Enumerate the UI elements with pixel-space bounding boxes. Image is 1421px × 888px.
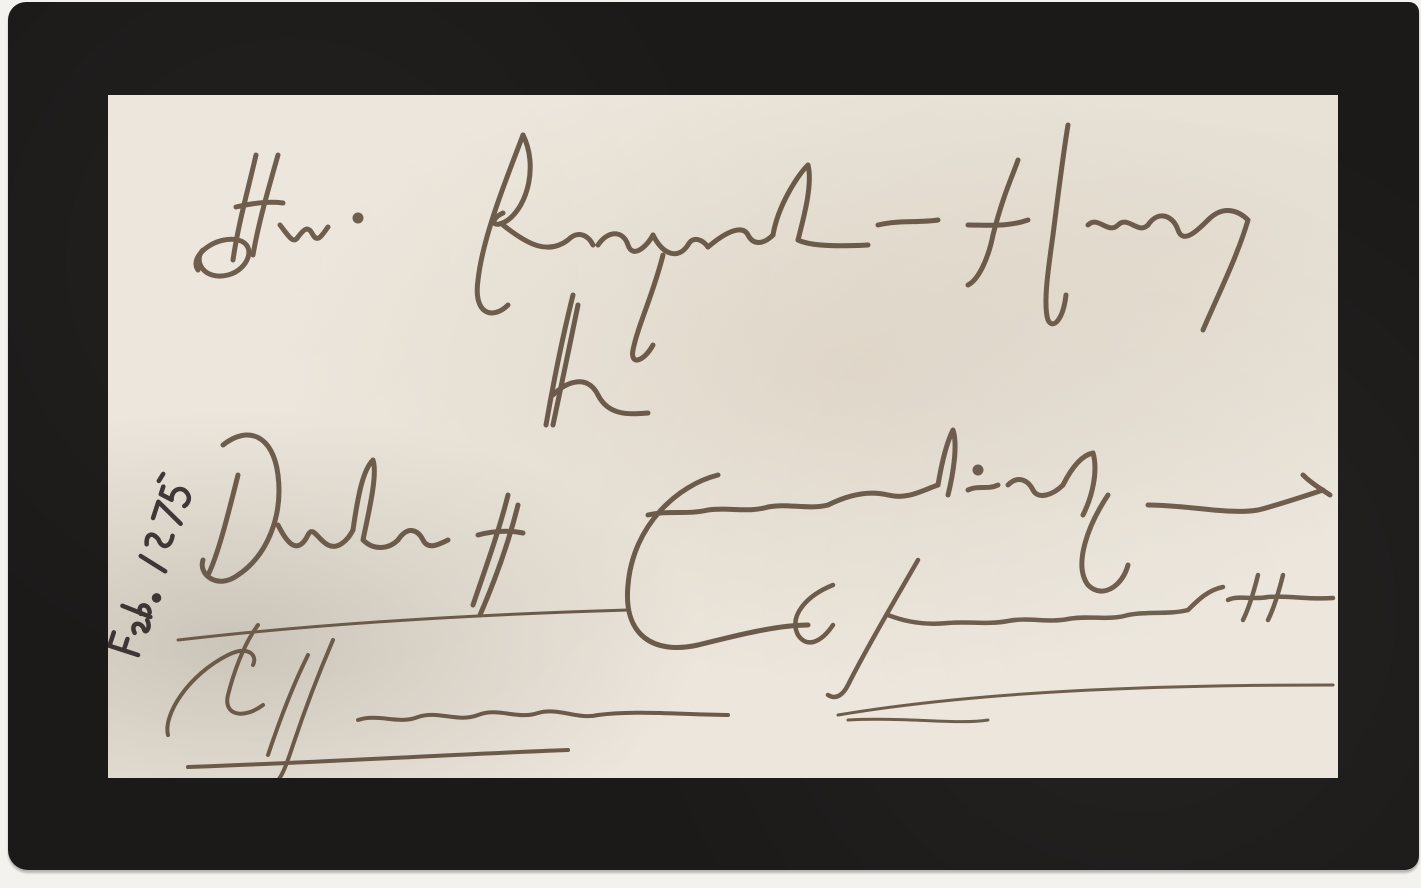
handwriting-layer xyxy=(108,95,1338,778)
address-underlines xyxy=(178,610,1333,722)
handwriting-line-4 xyxy=(795,560,1333,697)
handwriting-line-1 xyxy=(196,125,1248,360)
mourning-envelope-border: His Royal Highness The Duke of Cambridge… xyxy=(8,2,1419,870)
address-panel: His Royal Highness The Duke of Cambridge… xyxy=(108,95,1338,778)
pencil-date-mark xyxy=(108,473,196,655)
signature-mark xyxy=(167,625,728,778)
